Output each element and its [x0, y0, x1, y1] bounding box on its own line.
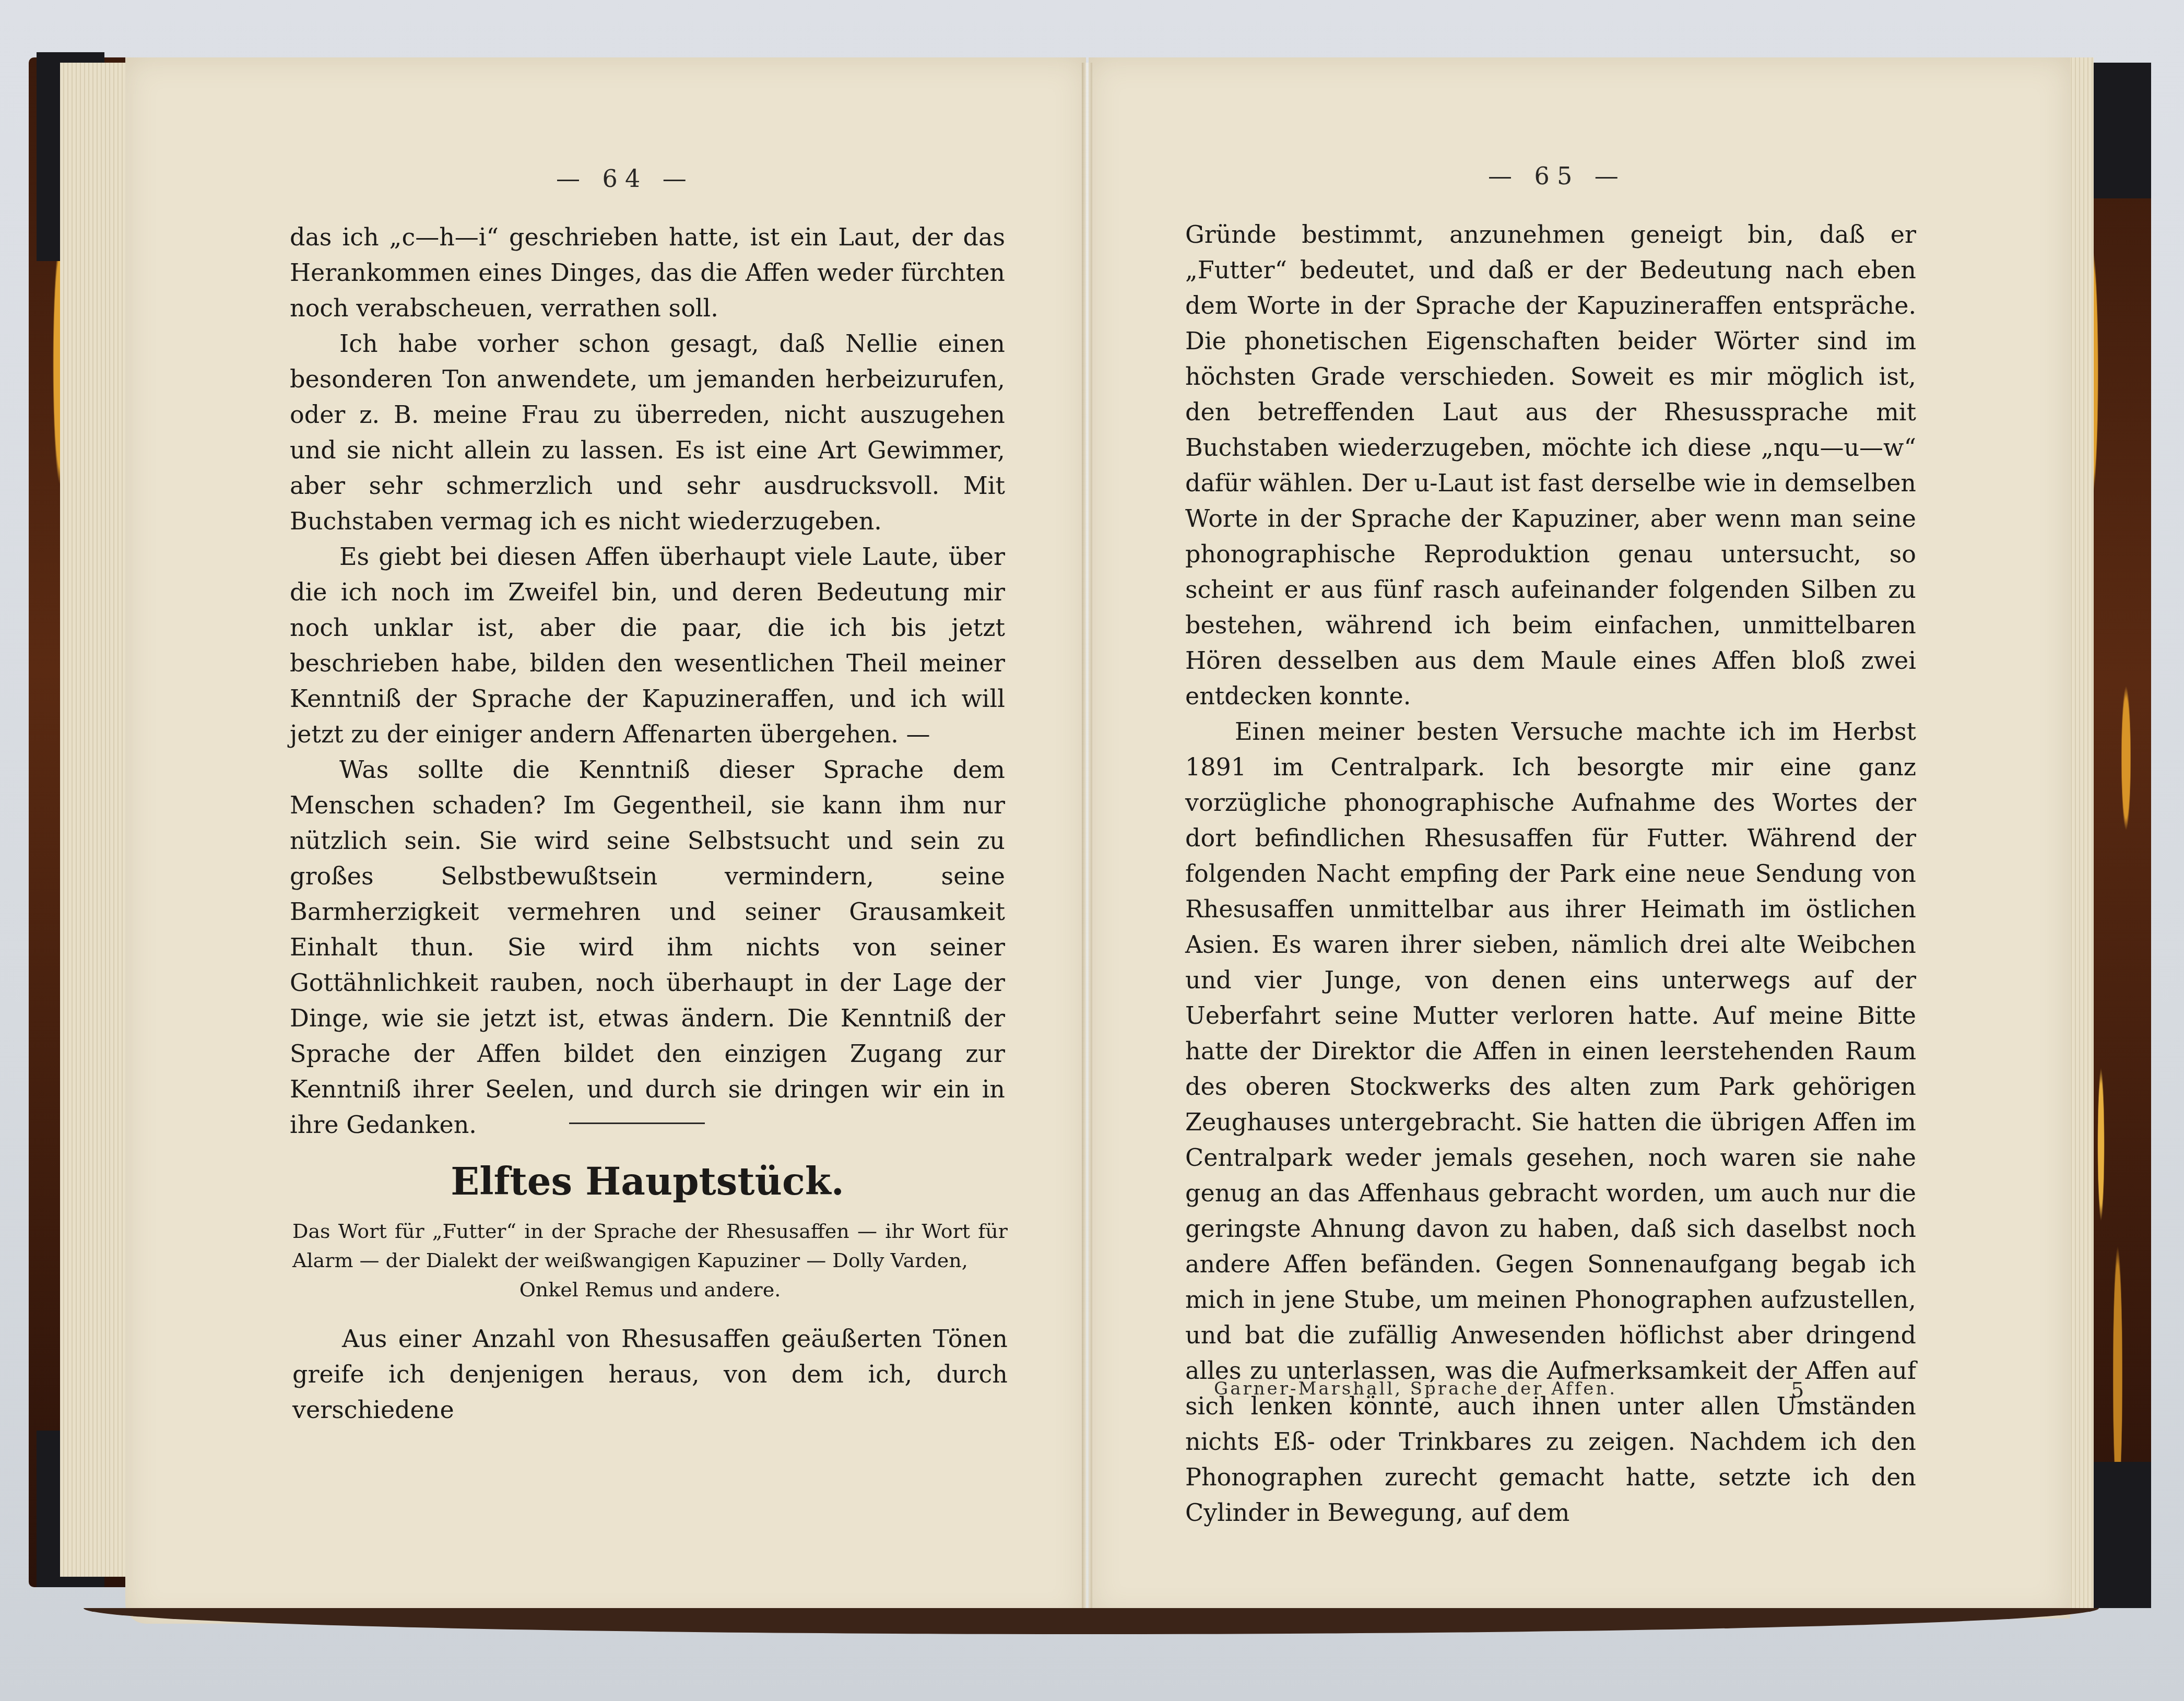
- chapter-opening-text: Aus einer Anzahl von Rhesusaffen geäußer…: [292, 1321, 1008, 1427]
- left-page-number: — 64 —: [556, 164, 694, 193]
- chapter-title: Elftes Hauptstück.: [282, 1159, 1013, 1203]
- book-gutter: [1082, 63, 1092, 1619]
- left-paragraph-3: Es giebt bei diesen Affen überhaupt viel…: [290, 539, 1005, 752]
- page-block-edges-right: [2068, 57, 2094, 1608]
- left-paragraph-1: das ich „c—h—i“ geschrieben hatte, ist e…: [290, 219, 1005, 326]
- right-paragraph-2: Einen meiner besten Versuche machte ich …: [1185, 714, 1916, 1530]
- chapter-summary-line-1: Das Wort für „Futter“ in der Sprache der…: [292, 1220, 1008, 1272]
- book-bottom-shadow: [84, 1608, 2099, 1634]
- left-page-body: das ich „c—h—i“ geschrieben hatte, ist e…: [290, 219, 1005, 1142]
- right-page-body: Gründe bestimmt, anzunehmen geneigt bin,…: [1185, 217, 1916, 1530]
- left-paragraph-4: Was sollte die Kenntniß dieser Sprache d…: [290, 752, 1005, 1142]
- right-page-number: — 65 —: [1488, 162, 1626, 190]
- right-paragraph-1: Gründe bestimmt, anzunehmen geneigt bin,…: [1185, 217, 1916, 714]
- footer-sheet-number: 5: [1791, 1378, 1804, 1402]
- footer-signature: Garner-Marshall, Sprache der Affen.: [1214, 1378, 1617, 1399]
- left-paragraph-2: Ich habe vorher schon gesagt, daß Nellie…: [290, 326, 1005, 539]
- chapter-divider-rule: [569, 1123, 705, 1124]
- page-block-edges-left: [60, 63, 133, 1577]
- chapter-opening-paragraph: Aus einer Anzahl von Rhesusaffen geäußer…: [292, 1321, 1008, 1427]
- chapter-summary: Das Wort für „Futter“ in der Sprache der…: [292, 1216, 1008, 1304]
- chapter-summary-line-2: Onkel Remus und andere.: [292, 1275, 1008, 1304]
